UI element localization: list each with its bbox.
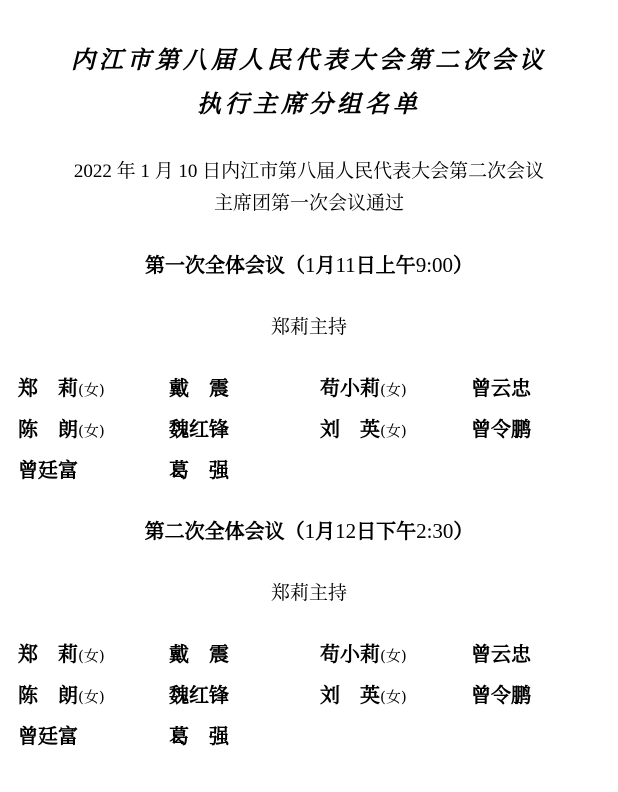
member-entry: 曾令鹏 bbox=[471, 679, 531, 708]
member-name: 郑 莉 bbox=[18, 376, 78, 400]
session-heading-suffix: ） bbox=[453, 253, 473, 277]
member-entry: 郑 莉(女) bbox=[18, 372, 105, 401]
member-entry: 苟小莉(女) bbox=[320, 638, 407, 667]
member-name: 郑 莉 bbox=[18, 642, 78, 666]
member-name: 曾令鹏 bbox=[471, 683, 531, 707]
member-name: 苟小莉 bbox=[320, 376, 380, 400]
member-entry: 郑 莉(女) bbox=[18, 638, 105, 667]
member-entry: 陈 朗(女) bbox=[18, 679, 105, 708]
member-entry: 曾令鹏 bbox=[471, 413, 531, 442]
member-entry: 曾云忠 bbox=[471, 638, 531, 667]
approval-note-line-1: 2022 年 1 月 10 日内江市第八届人民代表大会第二次会议 bbox=[0, 156, 618, 183]
session-heading-suffix: ） bbox=[453, 519, 473, 543]
document-title-line-2: 执行主席分组名单 bbox=[0, 84, 618, 119]
member-name: 曾令鹏 bbox=[471, 417, 531, 441]
member-entry: 曾廷富 bbox=[18, 454, 78, 483]
member-name: 陈 朗 bbox=[18, 417, 78, 441]
member-entry: 陈 朗(女) bbox=[18, 413, 105, 442]
session-2-heading: 第二次全体会议（1月12日下午2:30） bbox=[0, 515, 618, 544]
member-gender: (女) bbox=[78, 381, 105, 399]
member-entry: 葛 强 bbox=[169, 454, 229, 483]
session-heading-prefix: 第二次全体会议（ bbox=[145, 519, 305, 543]
member-entry: 魏红锋 bbox=[169, 413, 229, 442]
session-1-host: 郑莉主持 bbox=[0, 312, 618, 339]
member-name: 陈 朗 bbox=[18, 683, 78, 707]
member-gender: (女) bbox=[78, 688, 105, 706]
member-gender: (女) bbox=[380, 381, 407, 399]
document-title-line-1: 内江市第八届人民代表大会第二次会议 bbox=[0, 40, 618, 75]
session-month-label: 月 bbox=[315, 253, 335, 277]
member-name: 曾廷富 bbox=[18, 724, 78, 748]
member-name: 曾云忠 bbox=[471, 642, 531, 666]
member-entry: 魏红锋 bbox=[169, 679, 229, 708]
session-day-label: 日下午 bbox=[356, 519, 416, 543]
session-day: 11 bbox=[335, 253, 355, 277]
member-entry: 曾廷富 bbox=[18, 720, 78, 749]
member-gender: (女) bbox=[78, 647, 105, 665]
member-name: 魏红锋 bbox=[169, 683, 229, 707]
member-name: 戴 震 bbox=[169, 376, 229, 400]
session-day: 12 bbox=[335, 519, 356, 543]
member-name: 苟小莉 bbox=[320, 642, 380, 666]
member-entry: 戴 震 bbox=[169, 372, 229, 401]
member-name: 葛 强 bbox=[169, 458, 229, 482]
member-name: 魏红锋 bbox=[169, 417, 229, 441]
session-month: 1 bbox=[305, 519, 316, 543]
session-2-host: 郑莉主持 bbox=[0, 578, 618, 605]
session-time: 2:30 bbox=[416, 519, 453, 543]
member-name: 曾廷富 bbox=[18, 458, 78, 482]
member-gender: (女) bbox=[380, 688, 407, 706]
member-name: 刘 英 bbox=[320, 417, 380, 441]
member-entry: 刘 英(女) bbox=[320, 413, 407, 442]
member-entry: 刘 英(女) bbox=[320, 679, 407, 708]
member-entry: 苟小莉(女) bbox=[320, 372, 407, 401]
session-day-label: 日上午 bbox=[356, 253, 416, 277]
member-entry: 曾云忠 bbox=[471, 372, 531, 401]
session-heading-prefix: 第一次全体会议（ bbox=[145, 253, 305, 277]
session-month: 1 bbox=[305, 253, 316, 277]
member-entry: 戴 震 bbox=[169, 638, 229, 667]
member-name: 曾云忠 bbox=[471, 376, 531, 400]
member-gender: (女) bbox=[380, 647, 407, 665]
member-name: 葛 强 bbox=[169, 724, 229, 748]
session-time: 9:00 bbox=[416, 253, 453, 277]
member-gender: (女) bbox=[78, 422, 105, 440]
member-gender: (女) bbox=[380, 422, 407, 440]
member-name: 戴 震 bbox=[169, 642, 229, 666]
session-month-label: 月 bbox=[315, 519, 335, 543]
session-1-heading: 第一次全体会议（1月11日上午9:00） bbox=[0, 249, 618, 278]
member-entry: 葛 强 bbox=[169, 720, 229, 749]
member-name: 刘 英 bbox=[320, 683, 380, 707]
approval-note-line-2: 主席团第一次会议通过 bbox=[0, 188, 618, 215]
